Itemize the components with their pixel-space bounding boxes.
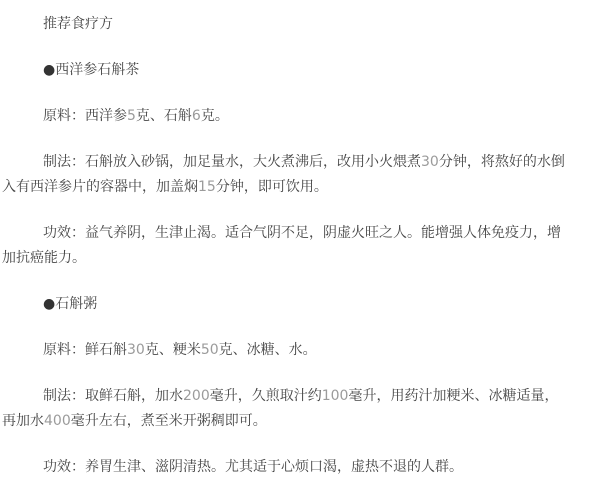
text-line: 再加水400毫升左右，煮至米开粥稠即可。 — [2, 409, 582, 434]
text-line: 功效：养胃生津、滋阴清热。尤其适于心烦口渴，虚热不退的人群。 — [2, 455, 582, 480]
text-line: 功效：益气养阴，生津止渴。适合气阴不足，阴虚火旺之人。能增强人体免疫力，增 — [2, 221, 582, 246]
text-line: 制法：石斛放入砂锅，加足量水，大火煮沸后，改用小火煨煮30分钟，将熬好的水倒 — [2, 150, 582, 175]
recipe-1-method-paragraph: 制法：石斛放入砂锅，加足量水，大火煮沸后，改用小火煨煮30分钟，将熬好的水倒 入… — [2, 150, 582, 200]
recipe-1-ingredients-paragraph: 原料：西洋参5克、石斛6克。 — [2, 104, 582, 129]
article: 推荐食疗方 ●西洋参石斛茶 原料：西洋参5克、石斛6克。 制法：石斛放入砂锅，加… — [0, 0, 592, 480]
text-line: 制法：取鲜石斛，加水200毫升，久煎取汁约100毫升，用药汁加粳米、冰糖适量， — [2, 384, 582, 409]
bullet-icon: ● — [43, 296, 55, 312]
text-line: 原料：鲜石斛30克、粳米50克、冰糖、水。 — [2, 338, 582, 363]
text-line: 入有西洋参片的容器中，加盖焖15分钟，即可饮用。 — [2, 175, 582, 200]
recipe-1-effect-paragraph: 功效：益气养阴，生津止渴。适合气阴不足，阴虚火旺之人。能增强人体免疫力，增 加抗… — [2, 221, 582, 271]
article-title: 推荐食疗方 — [2, 12, 582, 37]
recipe-2-ingredients-paragraph: 原料：鲜石斛30克、粳米50克、冰糖、水。 — [2, 338, 582, 363]
text-line: 加抗癌能力。 — [2, 246, 582, 271]
recipe-1-heading: ●西洋参石斛茶 — [2, 58, 582, 83]
recipe-1-title: 西洋参石斛茶 — [55, 62, 139, 78]
article-title-text: 推荐食疗方 — [2, 12, 582, 37]
recipe-2-method-paragraph: 制法：取鲜石斛，加水200毫升，久煎取汁约100毫升，用药汁加粳米、冰糖适量， … — [2, 384, 582, 434]
recipe-2-heading: ●石斛粥 — [2, 292, 582, 317]
recipe-2-effect-paragraph: 功效：养胃生津、滋阴清热。尤其适于心烦口渴，虚热不退的人群。 — [2, 455, 582, 480]
recipe-2-title: 石斛粥 — [55, 296, 97, 312]
text-line: 原料：西洋参5克、石斛6克。 — [2, 104, 582, 129]
bullet-icon: ● — [43, 62, 55, 78]
